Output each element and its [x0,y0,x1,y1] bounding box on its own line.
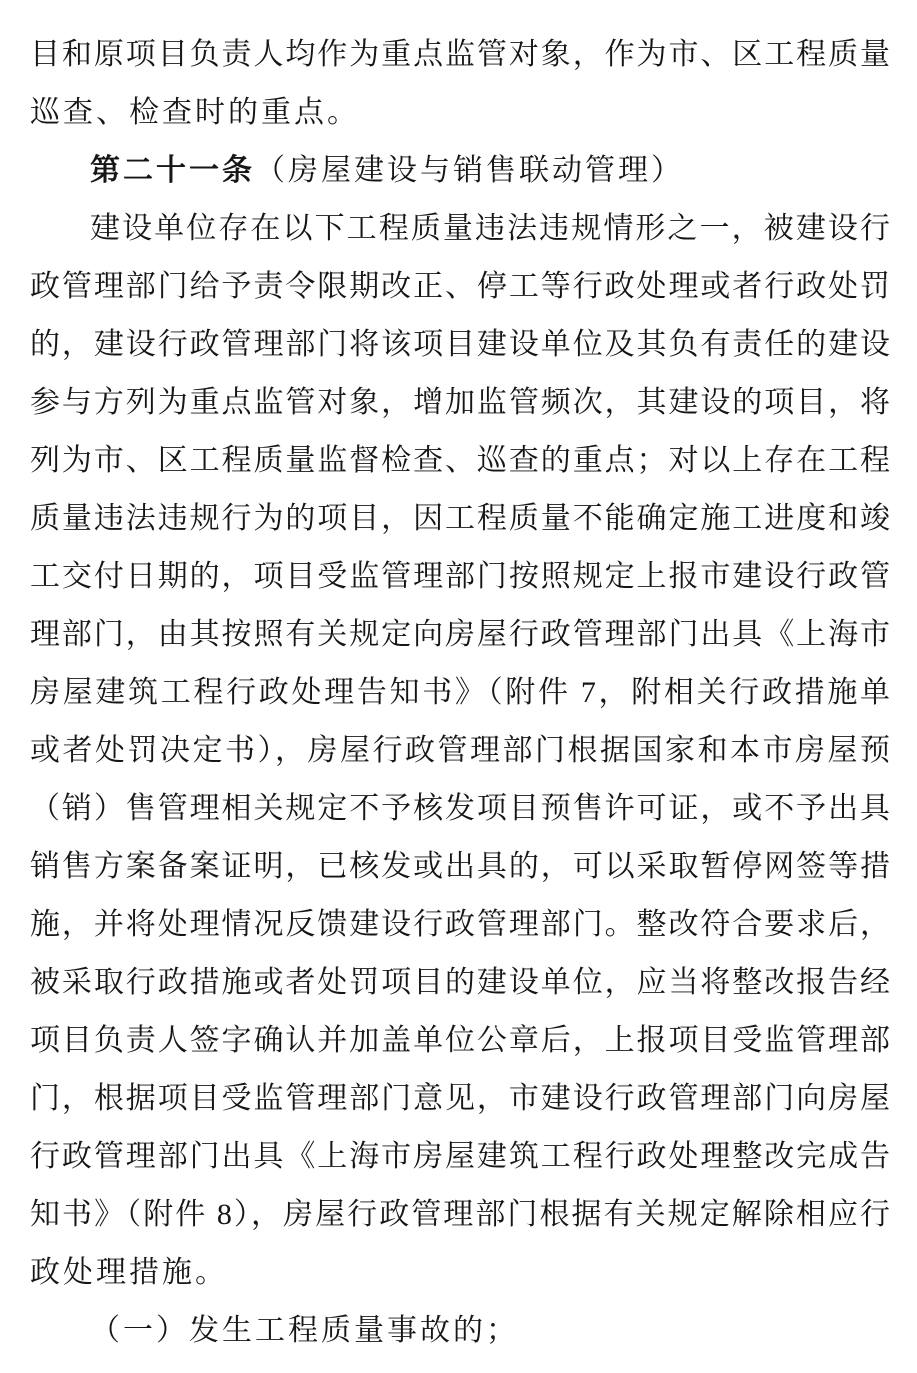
doc-line: 施，并将处理情况反馈建设行政管理部门。整改符合要求后， [30,896,890,954]
doc-line-attachment-7-ref: 房屋建筑工程行政处理告知书》（附件 7，附相关行政措施单 [30,664,890,722]
article-title: （房屋建设与销售联动管理） [255,154,684,187]
doc-line: 行政管理部门出具《上海市房屋建筑工程行政处理整改完成告 [30,1128,890,1186]
doc-line: 质量违法违规行为的项目，因工程质量不能确定施工进度和竣 [30,490,890,548]
doc-line: 参与方列为重点监管对象，增加监管频次，其建设的项目，将 [30,374,890,432]
doc-line: 建设单位存在以下工程质量违法违规情形之一，被建设行 [30,200,890,258]
doc-line: 或者处罚决定书），房屋行政管理部门根据国家和本市房屋预 [30,722,890,780]
doc-line: 政处理措施。 [30,1244,890,1302]
doc-line: 被采取行政措施或者处罚项目的建设单位，应当将整改报告经 [30,954,890,1012]
document-page: 目和原项目负责人均作为重点监管对象，作为市、区工程质量 巡查、检查时的重点。 第… [0,0,917,1373]
article-21-heading: 第二十一条（房屋建设与销售联动管理） [30,142,890,200]
doc-line: 列为市、区工程质量监督检查、巡查的重点；对以上存在工程 [30,432,890,490]
doc-line: 项目负责人签字确认并加盖单位公章后，上报项目受监管理部 [30,1012,890,1070]
doc-line: 的，建设行政管理部门将该项目建设单位及其负有责任的建设 [30,316,890,374]
doc-line: 门，根据项目受监管理部门意见，市建设行政管理部门向房屋 [30,1070,890,1128]
article-number: 第二十一条 [90,154,255,187]
doc-line: 巡查、检查时的重点。 [30,84,890,142]
document-body: 目和原项目负责人均作为重点监管对象，作为市、区工程质量 巡查、检查时的重点。 第… [30,26,890,1360]
doc-line: 工交付日期的，项目受监管理部门按照规定上报市建设行政管 [30,548,890,606]
doc-line: 理部门，由其按照有关规定向房屋行政管理部门出具《上海市 [30,606,890,664]
doc-line: 政管理部门给予责令限期改正、停工等行政处理或者行政处罚 [30,258,890,316]
list-item-1: （一）发生工程质量事故的； [30,1302,890,1360]
doc-line-attachment-8-ref: 知书》（附件 8），房屋行政管理部门根据有关规定解除相应行 [30,1186,890,1244]
doc-line: 销售方案备案证明，已核发或出具的，可以采取暂停网签等措 [30,838,890,896]
doc-line: 目和原项目负责人均作为重点监管对象，作为市、区工程质量 [30,26,890,84]
doc-line: （销）售管理相关规定不予核发项目预售许可证，或不予出具 [30,780,890,838]
